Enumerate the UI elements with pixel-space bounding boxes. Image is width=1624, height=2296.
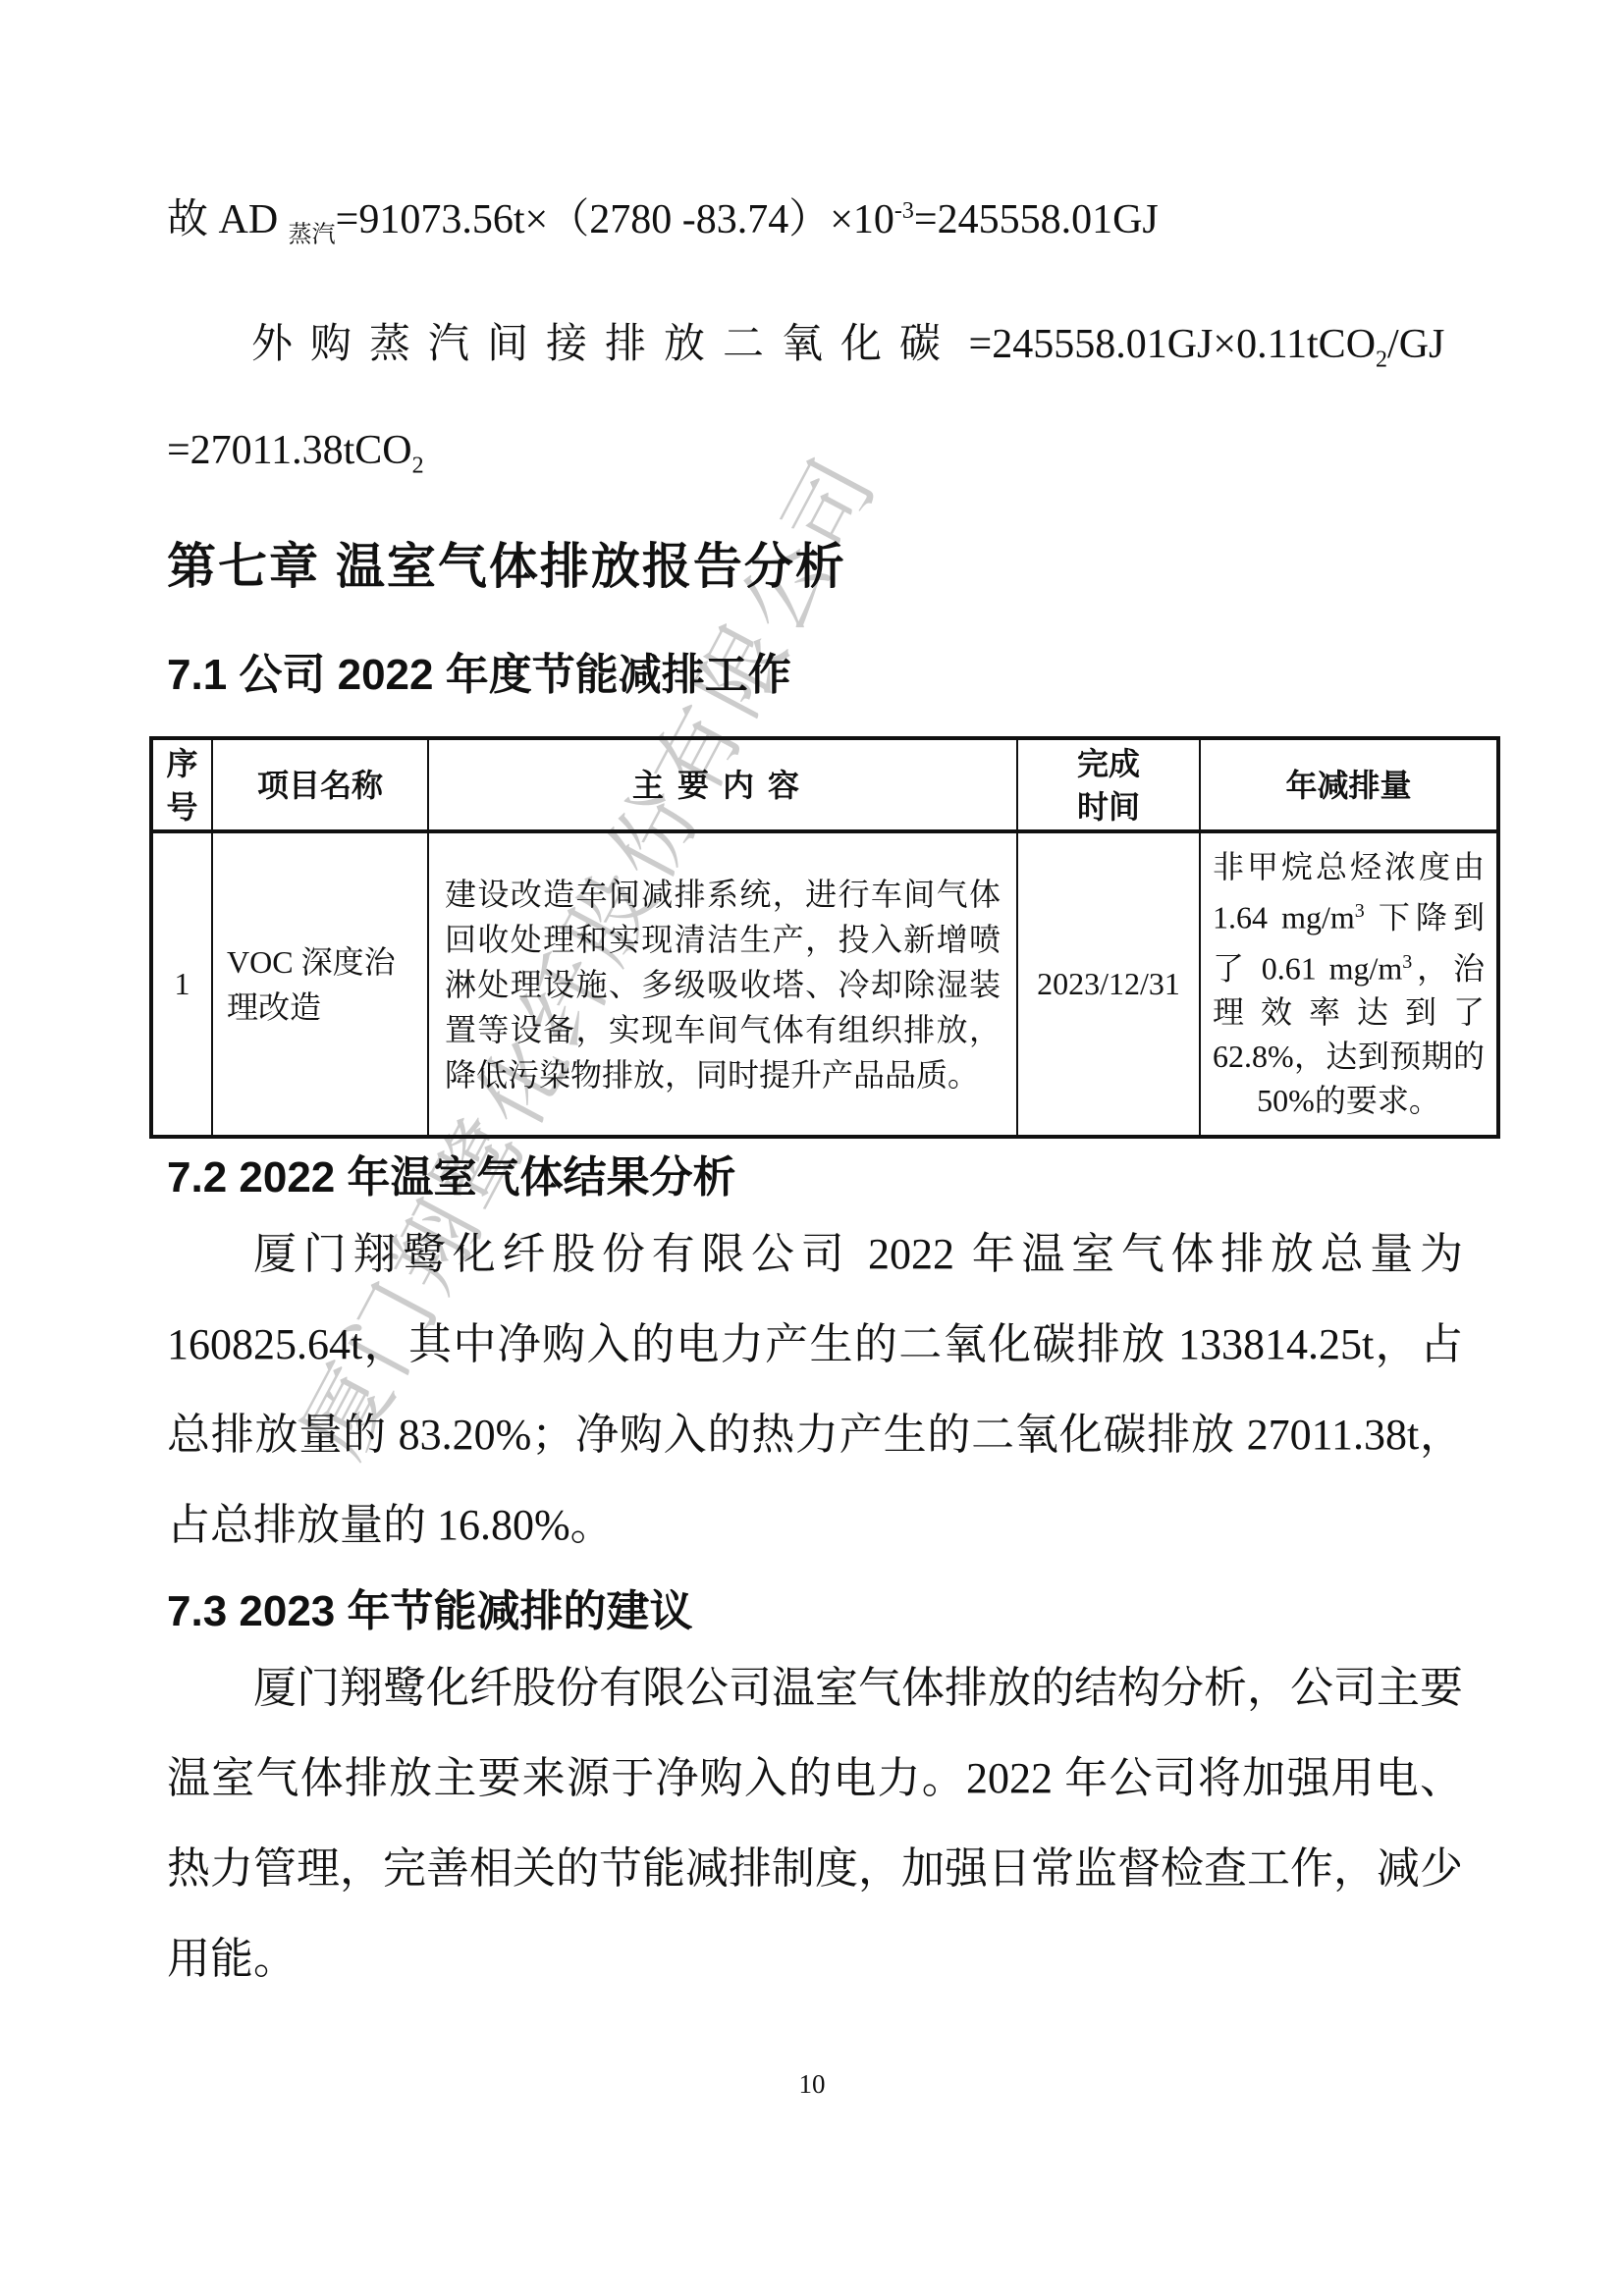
formula-ad-result: =245558.01GJ [914, 197, 1159, 242]
formula-ad-mid: =91073.56t×（2780 -83.74）×10 [336, 197, 894, 242]
header-cell-time: 完成 时间 [1017, 738, 1200, 831]
header-cell-name: 项目名称 [212, 738, 428, 831]
page-content: 故 AD 蒸汽=91073.56t×（2780 -83.74）×10-3=245… [0, 0, 1624, 2004]
cell-row-number: 1 [151, 831, 212, 1137]
cell-completion-time: 2023/12/31 [1017, 831, 1200, 1137]
formula-ad-prefix: 故 AD [167, 197, 289, 242]
table-header-row: 序号 项目名称 主要内容 完成 时间 年减排量 [151, 738, 1498, 831]
section-7-3-paragraph: 厦门翔鹭化纤股份有限公司温室气体排放的结构分析，公司主要温室气体排放主要来源于净… [167, 1643, 1463, 2004]
reduction-sup-2: 3 [1402, 951, 1412, 973]
section-7-3-title: 7.3 2023 年节能减排的建议 [167, 1584, 1463, 1639]
emission-reduction-projects-table: 序号 项目名称 主要内容 完成 时间 年减排量 1 VOC 深度治理改造 建设改… [149, 736, 1500, 1139]
header-cell-content: 主要内容 [428, 738, 1017, 831]
chapter-7-title: 第七章 温室气体排放报告分析 [167, 536, 1463, 597]
cell-project-name: VOC 深度治理改造 [212, 831, 428, 1137]
formula-co2-mid: =245558.01GJ×0.11tCO [958, 322, 1376, 367]
reduction-sup-1: 3 [1355, 900, 1365, 922]
formula-ad-subscript: 蒸汽 [289, 222, 336, 247]
section-7-2-paragraph: 厦门翔鹭化纤股份有限公司 2022 年温室气体排放总量为 160825.64t，… [167, 1209, 1463, 1571]
formula-steam-ad: 故 AD 蒸汽=91073.56t×（2780 -83.74）×10-3=245… [167, 182, 1463, 264]
cell-annual-reduction: 非甲烷总烃浓度由 1.64 mg/m3 下降到了 0.61 mg/m3，治理效率… [1200, 831, 1498, 1137]
cell-main-content: 建设改造车间减排系统，进行车间气体回收处理和实现清洁生产，投入新增喷淋处理设施、… [428, 831, 1017, 1137]
header-cell-no: 序号 [151, 738, 212, 831]
formula-co2-result-value: =27011.38tCO [167, 428, 412, 473]
section-7-2-title: 7.2 2022 年温室气体结果分析 [167, 1150, 1463, 1205]
formula-co2-subscript: 2 [1376, 347, 1387, 373]
section-7-1-title: 7.1 公司 2022 年度节能减排工作 [167, 648, 1463, 703]
page-number: 10 [0, 2069, 1624, 2100]
formula-co2-result: =27011.38tCO2 [167, 421, 1463, 495]
formula-co2-label: 外购蒸汽间接排放二氧化碳 [251, 322, 958, 367]
document-page: 厦门翔鹭化纤股份有限公司 故 AD 蒸汽=91073.56t×（2780 -83… [0, 0, 1624, 2296]
formula-steam-co2: 外购蒸汽间接排放二氧化碳 =245558.01GJ×0.11tCO2/GJ [167, 315, 1463, 389]
formula-ad-exponent: -3 [894, 198, 914, 224]
formula-co2-result-subscript: 2 [412, 453, 424, 478]
table-row: 1 VOC 深度治理改造 建设改造车间减排系统，进行车间气体回收处理和实现清洁生… [151, 831, 1498, 1137]
header-cell-reduction: 年减排量 [1200, 738, 1498, 831]
formula-co2-unit: /GJ [1387, 322, 1444, 367]
